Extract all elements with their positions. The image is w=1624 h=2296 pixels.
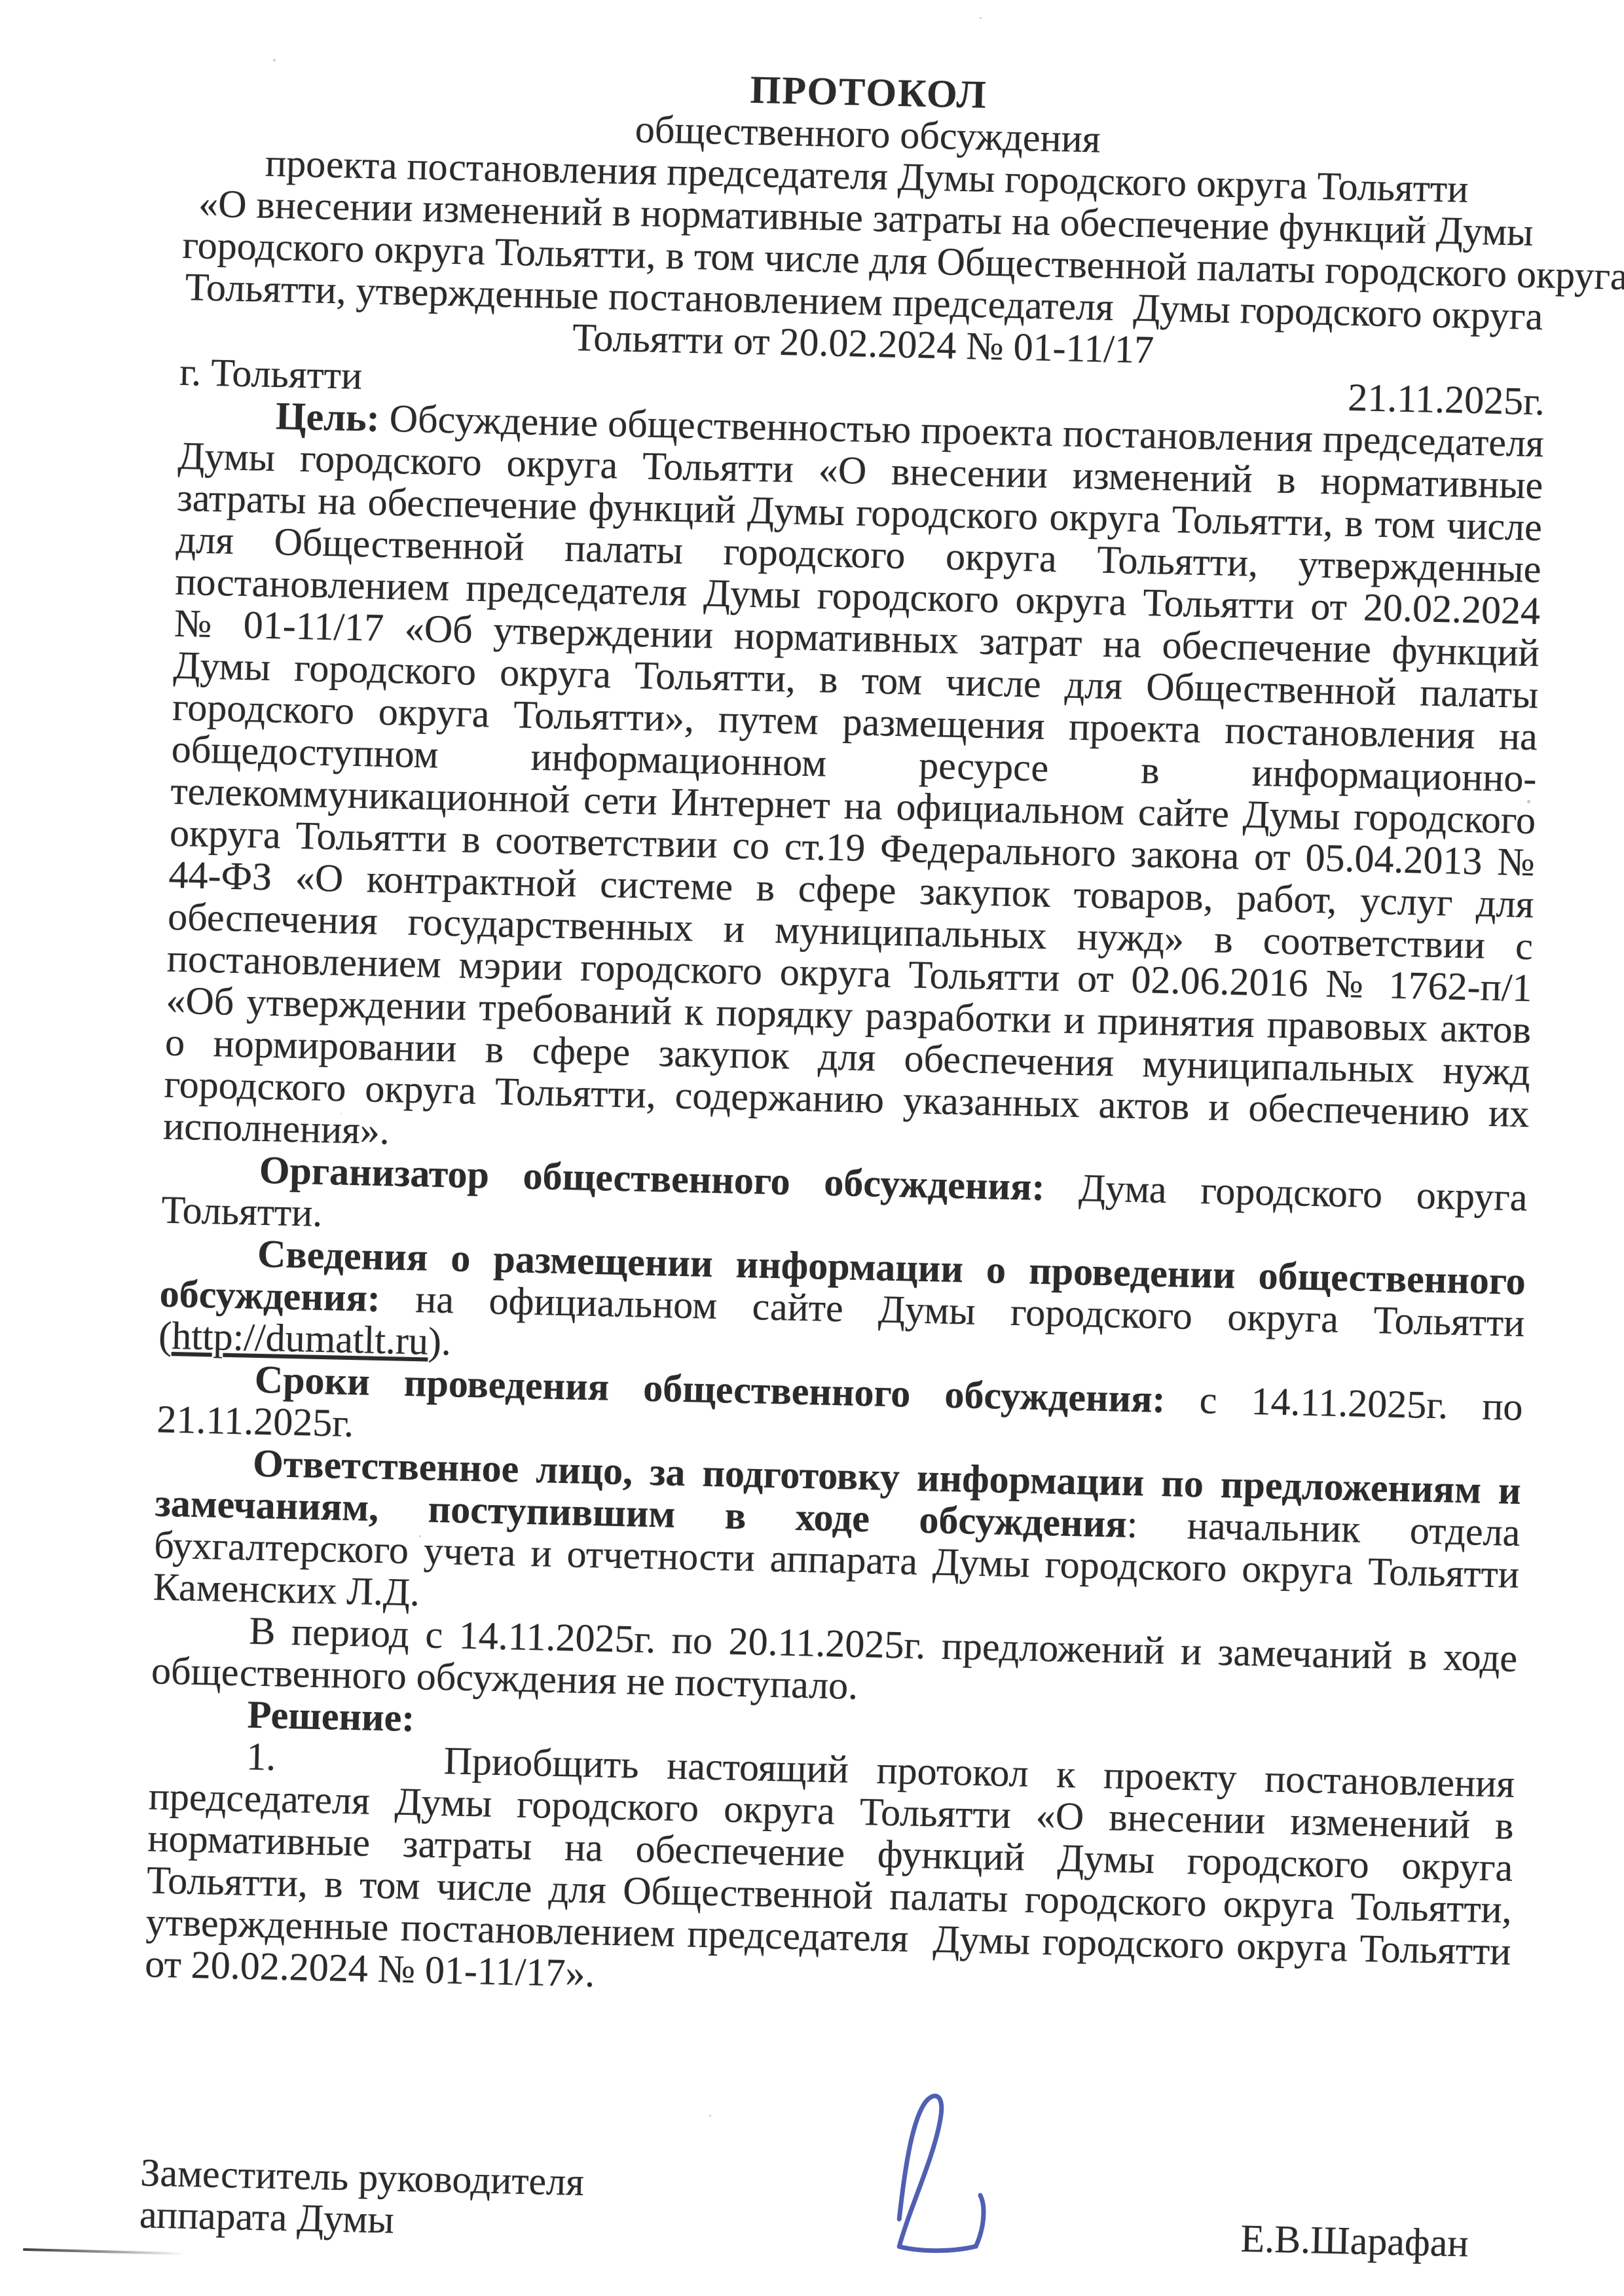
paragraph: Цель: Обсуждение общественностью проекта… xyxy=(163,393,1545,1176)
url-text: http://dumatlt.ru xyxy=(172,1314,429,1363)
signature-name: Е.В.Шарафан xyxy=(1240,2217,1469,2265)
handwritten-signature-ink xyxy=(892,2090,993,2255)
paragraph-lead: Цель: xyxy=(275,394,380,439)
document-title: ПРОТОКОЛобщественного обсужденияпроекта … xyxy=(180,56,1551,379)
document-place: г. Тольятти xyxy=(179,351,363,397)
scan-speck xyxy=(273,59,276,62)
scan-speck xyxy=(1428,223,1430,225)
scanned-document-page: ПРОТОКОЛобщественного обсужденияпроекта … xyxy=(0,0,1624,2296)
signature-position: Заместитель руководителя аппарата Думы xyxy=(139,2151,584,2245)
scan-speck xyxy=(419,1535,421,1537)
document-date: 21.11.2025г. xyxy=(1348,376,1545,423)
paragraph-lead: Решение: xyxy=(247,1693,415,1740)
scan-speck xyxy=(709,2115,711,2117)
paragraph: Ответственное лицо, за подготовку информ… xyxy=(153,1440,1521,1637)
scan-speck xyxy=(1527,800,1530,803)
scan-speck xyxy=(980,17,982,19)
paragraph: 1. Приобщить настоящий протокол к проект… xyxy=(145,1733,1515,2014)
scan-speck xyxy=(341,1113,342,1114)
document-body: Цель: Обсуждение общественностью проекта… xyxy=(145,393,1545,2014)
document-sheet: ПРОТОКОЛобщественного обсужденияпроекта … xyxy=(139,56,1551,2265)
scan-artifact-line xyxy=(23,2248,185,2255)
signature-block: Заместитель руководителя аппарата Думы Е… xyxy=(139,2151,1505,2265)
